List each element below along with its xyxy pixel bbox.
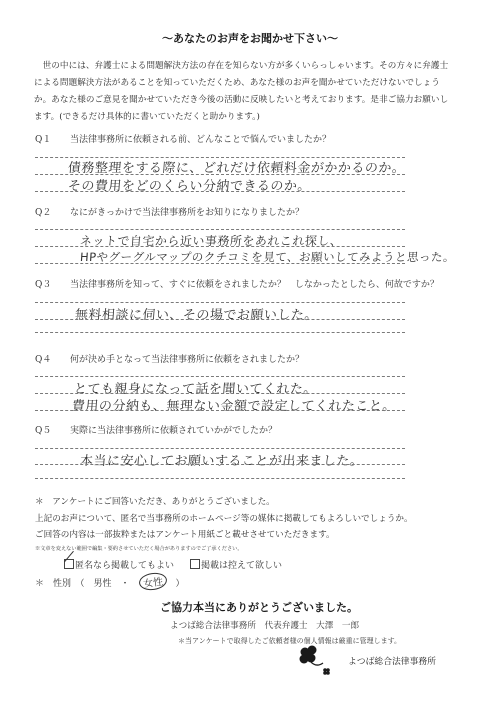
- gender-row: ＊ 性別 （ 男性 ・ 女性 ）: [35, 573, 185, 590]
- answer-line: [35, 319, 405, 320]
- question-5-label: Q５: [35, 423, 51, 436]
- intro-line: ます。(できるだけ具体的に書いていただくと助かります。): [34, 109, 464, 126]
- check-mark-icon: [64, 551, 74, 562]
- question-1-text: 当法律事務所に依頼される前、どんなことで悩んでいましたか？: [70, 132, 331, 145]
- clover-logo-icon: [296, 643, 336, 681]
- question-3-text: 当法律事務所を知って、すぐに依頼をされましたか？ しなかったとしたら、何故ですか…: [70, 277, 439, 290]
- answer-line: [35, 448, 405, 449]
- footer-logo-text: よつば総合法律事務所: [348, 654, 436, 667]
- question-1-label: Q１: [35, 132, 51, 145]
- answer-line: [35, 393, 405, 394]
- question-5-text: 実際に当法律事務所に依頼されていかがでしたか？: [70, 423, 277, 436]
- checkbox-decline[interactable]: [190, 559, 200, 569]
- consent-thanks: ＊ アンケートにご回答いただき、ありがとうございました。: [35, 495, 275, 507]
- option-anonymous[interactable]: 匿名なら掲載してもよい: [64, 558, 174, 571]
- intro-line: か。あなた様のご意見を聞かせていただき今後の活動に反映したいと考えております。是…: [34, 92, 464, 109]
- gender-female-circled[interactable]: 女性: [138, 571, 168, 592]
- question-4-text: 何が決め手となって当法律事務所に依頼をされましたか？: [70, 352, 304, 365]
- gender-suffix: ）: [167, 579, 185, 589]
- answer-line: [35, 302, 405, 303]
- question-3-label: Q３: [35, 277, 51, 290]
- answer-3-line-1: 無料相談に伺い、その場でお願いした。: [74, 304, 318, 323]
- footer-thanks: ご協力本当にありがとうございました。: [160, 599, 358, 615]
- answer-line: [35, 191, 405, 192]
- intro-line: による問題解決方法があることを知っていただくため、あなた様のお声を聞かせていただ…: [34, 75, 464, 92]
- consent-small-note: ※文章を変えない範囲で編集・要約させていただく場合がありますのでご了承ください。: [35, 545, 243, 552]
- gender-male[interactable]: 男性: [94, 579, 112, 589]
- checkbox-anonymous[interactable]: [64, 559, 74, 569]
- option-decline[interactable]: 掲載は控えて欲しい: [190, 558, 282, 571]
- consent-content: ご回答の内容は一部抜粋またはアンケート用紙ごと載せさせていただきます。: [35, 528, 335, 540]
- question-2-label: Q２: [35, 205, 51, 218]
- answer-line: [35, 410, 405, 411]
- intro-paragraph: 世の中には、弁護士による問題解決方法の存在を知らない方が多くいらっしゃいます。そ…: [34, 58, 464, 126]
- gender-separator: ・: [112, 579, 139, 589]
- question-4-label: Q４: [35, 352, 51, 365]
- answer-line: [35, 263, 405, 264]
- answer-line: [35, 376, 405, 377]
- answer-line: [35, 332, 405, 333]
- answer-line: [35, 246, 405, 247]
- footer-privacy-note: ＊当アンケートで取得したご依頼者様の個人情報は厳重に管理します。: [178, 636, 401, 646]
- option-decline-label: 掲載は控えて欲しい: [201, 561, 282, 571]
- answer-line: [35, 478, 405, 479]
- answer-line: [35, 464, 405, 465]
- option-anonymous-label: 匿名なら掲載してもよい: [75, 561, 174, 571]
- page-title: 〜あなたのお声をお聞かせ下さい〜: [0, 30, 500, 46]
- intro-line: 世の中には、弁護士による問題解決方法の存在を知らない方が多くいらっしゃいます。そ…: [34, 58, 464, 75]
- gender-prefix: ＊ 性別 （: [35, 579, 94, 589]
- question-2-text: なにがきっかけで当法律事務所をお知りになりましたか？: [70, 205, 304, 218]
- consent-question: 上記のお声について、匿名で当事務所のホームページ等の媒体に掲載してもよろしいでし…: [35, 512, 413, 524]
- footer-firm-signature: よつば総合法律事務所 代表弁護士 大澤 一郎: [170, 619, 359, 631]
- answer-4-line-2: 費用の分納も、無理ない金額で設定してくれたこと。: [71, 395, 396, 414]
- answer-5-line-1: 本当に安心してお願いすることが出来ました。: [79, 450, 364, 469]
- answer-line: [35, 229, 405, 230]
